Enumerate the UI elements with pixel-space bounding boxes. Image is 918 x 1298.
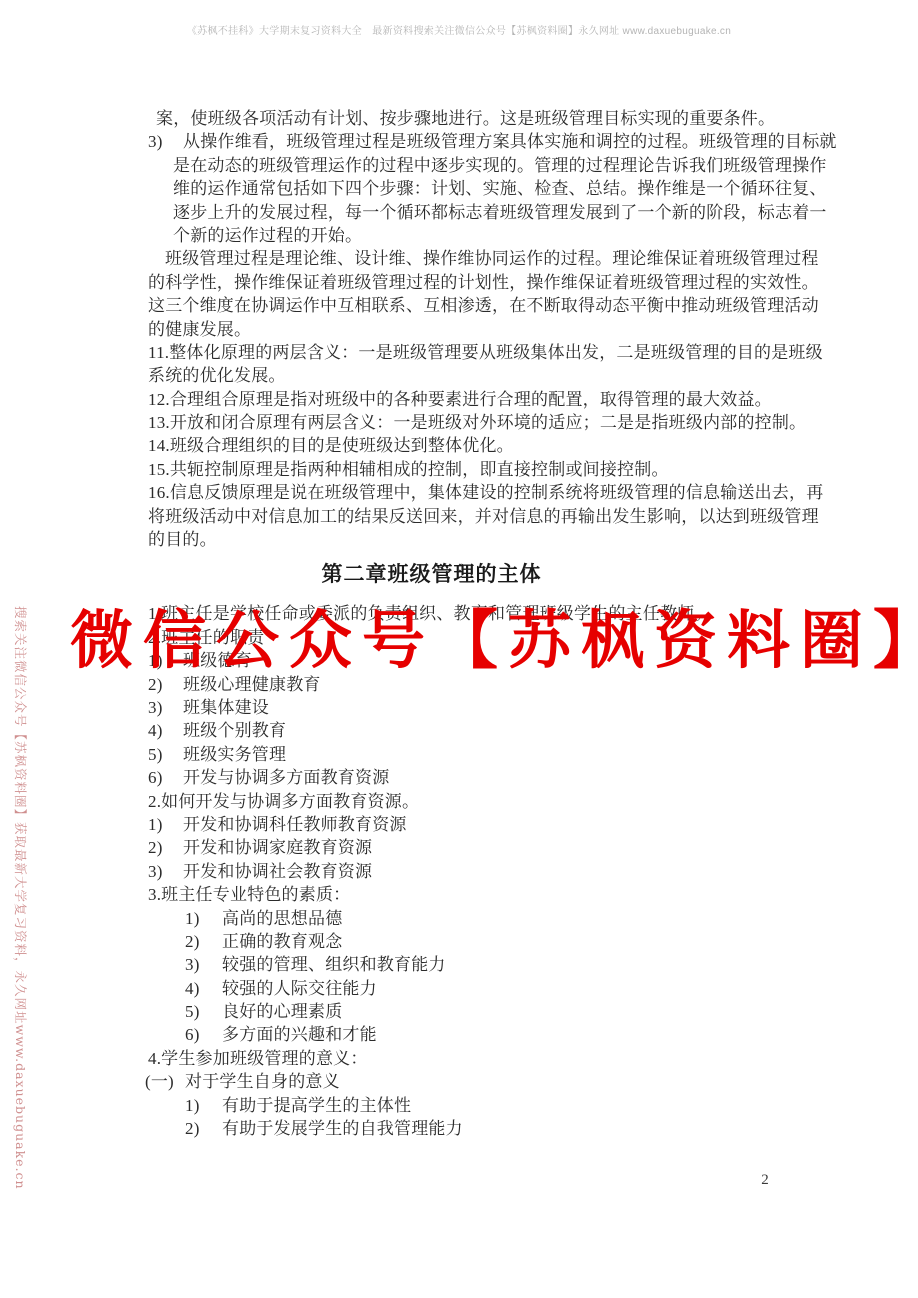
text-line: 是在动态的班级管理运作的过程中逐步实现的。管理的过程理论告诉我们班级管理操作: [0, 154, 918, 177]
list-number: 4): [148, 719, 183, 742]
text-line: 15.共轭控制原理是指两种相辅相成的控制，即直接控制或间接控制。: [0, 458, 918, 481]
side-watermark: 搜索关注微信公众号【苏枫资料圈】获取最新大学复习资料，永久网址www.daxue…: [12, 606, 30, 1076]
list-number: 3): [185, 953, 222, 976]
list-number: 5): [148, 743, 183, 766]
list-number: 2): [185, 1117, 222, 1140]
text-line: 3)较强的管理、组织和教育能力: [0, 953, 918, 976]
line-text: 14.班级合理组织的目的是使班级达到整体优化。: [148, 436, 514, 455]
text-line: 系统的优化发展。: [0, 364, 918, 387]
text-line: 12.合理组合原理是指对班级中的各种要素进行合理的配置，取得管理的最大效益。: [0, 388, 918, 411]
line-text: 的目的。: [148, 530, 217, 549]
main-watermark: 微信公众号【苏枫资料圈】: [70, 604, 918, 676]
list-number: (一): [145, 1070, 185, 1093]
line-text: 高尚的思想品德: [222, 909, 342, 928]
line-text: 逐步上升的发展过程，每一个循环都标志着班级管理发展到了一个新的阶段，标志着一: [173, 203, 827, 222]
line-text: 12.合理组合原理是指对班级中的各种要素进行合理的配置，取得管理的最大效益。: [148, 390, 772, 409]
line-text: 3.班主任专业特色的素质：: [148, 885, 350, 904]
list-number: 6): [185, 1023, 222, 1046]
line-text: 2.如何开发与协调多方面教育资源。: [148, 792, 419, 811]
line-text: 开发和协调家庭教育资源: [183, 838, 372, 857]
line-text: 案，使班级各项活动有计划、按步骤地进行。这是班级管理目标实现的重要条件。: [156, 109, 775, 128]
text-line: 案，使班级各项活动有计划、按步骤地进行。这是班级管理目标实现的重要条件。: [0, 107, 918, 130]
text-line: 的科学性，操作维保证着班级管理过程的计划性，操作维保证着班级管理过程的实效性。: [0, 271, 918, 294]
line-text: 是在动态的班级管理运作的过程中逐步实现的。管理的过程理论告诉我们班级管理操作: [173, 156, 827, 175]
text-line: 2.如何开发与协调多方面教育资源。: [0, 790, 918, 813]
line-text: 的科学性，操作维保证着班级管理过程的计划性，操作维保证着班级管理过程的实效性。: [148, 273, 819, 292]
document-page: { "page": { "header_text": "《苏枫不挂科》大学期末复…: [0, 0, 918, 1298]
text-line: 将班级活动中对信息加工的结果反送回来，并对信息的再输出发生影响，以达到班级管理: [0, 505, 918, 528]
list-number: 2): [185, 930, 222, 953]
text-line: 13.开放和闭合原理有两层含义：一是班级对外环境的适应；二是是指班级内部的控制。: [0, 411, 918, 434]
text-line: 5)班级实务管理: [0, 743, 918, 766]
line-text: 15.共轭控制原理是指两种相辅相成的控制，即直接控制或间接控制。: [148, 460, 669, 479]
text-line: 14.班级合理组织的目的是使班级达到整体优化。: [0, 434, 918, 457]
line-text: 将班级活动中对信息加工的结果反送回来，并对信息的再输出发生影响，以达到班级管理: [148, 507, 819, 526]
text-line: 3)班集体建设: [0, 696, 918, 719]
line-text: 这三个维度在协调运作中互相联系、互相渗透，在不断取得动态平衡中推动班级管理活动: [148, 296, 819, 315]
line-text: 个新的运作过程的开始。: [173, 226, 362, 245]
text-line: 的目的。: [0, 528, 918, 551]
page-header: 《苏枫不挂科》大学期末复习资料大全 最新资料搜索关注微信公众号【苏枫资料圈】永久…: [0, 22, 918, 37]
list-number: 2): [148, 836, 183, 859]
line-text: 4.学生参加班级管理的意义：: [148, 1049, 368, 1068]
line-text: 对于学生自身的意义: [185, 1072, 340, 1091]
line-text: 13.开放和闭合原理有两层含义：一是班级对外环境的适应；二是是指班级内部的控制。: [148, 413, 806, 432]
line-text: 有助于发展学生的自我管理能力: [222, 1119, 463, 1138]
line-text: 开发与协调多方面教育资源: [183, 768, 389, 787]
line-text: 良好的心理素质: [222, 1002, 342, 1021]
text-line: (一)对于学生自身的意义: [0, 1070, 918, 1093]
line-text: 班级实务管理: [183, 745, 286, 764]
text-line: 1)有助于提高学生的主体性: [0, 1094, 918, 1117]
page-number: 2: [750, 1172, 780, 1189]
line-text: 较强的管理、组织和教育能力: [222, 955, 446, 974]
text-line: 4.学生参加班级管理的意义：: [0, 1047, 918, 1070]
text-line: 6)多方面的兴趣和才能: [0, 1023, 918, 1046]
text-line: 2)正确的教育观念: [0, 930, 918, 953]
list-number: 3): [148, 860, 183, 883]
text-line: 6)开发与协调多方面教育资源: [0, 766, 918, 789]
text-line: 3)从操作维看，班级管理过程是班级管理方案具体实施和调控的过程。班级管理的目标就: [0, 130, 918, 153]
list-number: 6): [148, 766, 183, 789]
list-number: 3): [148, 696, 183, 719]
text-line: 1)开发和协调科任教师教育资源: [0, 813, 918, 836]
text-line: 4)较强的人际交往能力: [0, 977, 918, 1000]
text-line: 的健康发展。: [0, 318, 918, 341]
line-text: 的健康发展。: [148, 320, 251, 339]
chapter-heading-text: 第二章班级管理的主体: [322, 562, 542, 586]
line-text: 从操作维看，班级管理过程是班级管理方案具体实施和调控的过程。班级管理的目标就: [183, 132, 837, 151]
text-line: 2)有助于发展学生的自我管理能力: [0, 1117, 918, 1140]
text-line: 11.整体化原理的两层含义：一是班级管理要从班级集体出发，二是班级管理的目的是班…: [0, 341, 918, 364]
text-line: 5)良好的心理素质: [0, 1000, 918, 1023]
line-text: 班集体建设: [183, 698, 269, 717]
line-text: 多方面的兴趣和才能: [222, 1025, 377, 1044]
line-text: 班级个别教育: [183, 721, 286, 740]
line-text: 班级心理健康教育: [183, 675, 321, 694]
line-text: 有助于提高学生的主体性: [222, 1096, 411, 1115]
line-text: 正确的教育观念: [222, 932, 342, 951]
text-line: 4)班级个别教育: [0, 719, 918, 742]
line-text: 11.整体化原理的两层含义：一是班级管理要从班级集体出发，二是班级管理的目的是班…: [148, 343, 823, 362]
list-number: 3): [148, 130, 183, 153]
list-number: 1): [185, 907, 222, 930]
text-line: 个新的运作过程的开始。: [0, 224, 918, 247]
text-line: 2)开发和协调家庭教育资源: [0, 836, 918, 859]
line-text: 系统的优化发展。: [148, 366, 286, 385]
list-number: 1): [148, 813, 183, 836]
text-line: 16.信息反馈原理是说在班级管理中，集体建设的控制系统将班级管理的信息输送出去，…: [0, 481, 918, 504]
text-line: 3.班主任专业特色的素质：: [0, 883, 918, 906]
line-text: 开发和协调社会教育资源: [183, 862, 372, 881]
text-line: 3)开发和协调社会教育资源: [0, 860, 918, 883]
line-text: 班级管理过程是理论维、设计维、操作维协同运作的过程。理论维保证着班级管理过程: [165, 249, 819, 268]
text-line: 逐步上升的发展过程，每一个循环都标志着班级管理发展到了一个新的阶段，标志着一: [0, 201, 918, 224]
text-line: 维的运作通常包括如下四个步骤：计划、实施、检查、总结。操作维是一个循环往复、: [0, 177, 918, 200]
line-text: 16.信息反馈原理是说在班级管理中，集体建设的控制系统将班级管理的信息输送出去，…: [148, 483, 823, 502]
line-text: 维的运作通常包括如下四个步骤：计划、实施、检查、总结。操作维是一个循环往复、: [173, 179, 827, 198]
list-number: 4): [185, 977, 222, 1000]
list-number: 5): [185, 1000, 222, 1023]
text-line: 1)高尚的思想品德: [0, 907, 918, 930]
chapter-heading: 第二章班级管理的主体: [0, 558, 918, 590]
text-line: 这三个维度在协调运作中互相联系、互相渗透，在不断取得动态平衡中推动班级管理活动: [0, 294, 918, 317]
list-number: 1): [185, 1094, 222, 1117]
text-line: 班级管理过程是理论维、设计维、操作维协同运作的过程。理论维保证着班级管理过程: [0, 247, 918, 270]
line-text: 较强的人际交往能力: [222, 979, 377, 998]
line-text: 开发和协调科任教师教育资源: [183, 815, 407, 834]
